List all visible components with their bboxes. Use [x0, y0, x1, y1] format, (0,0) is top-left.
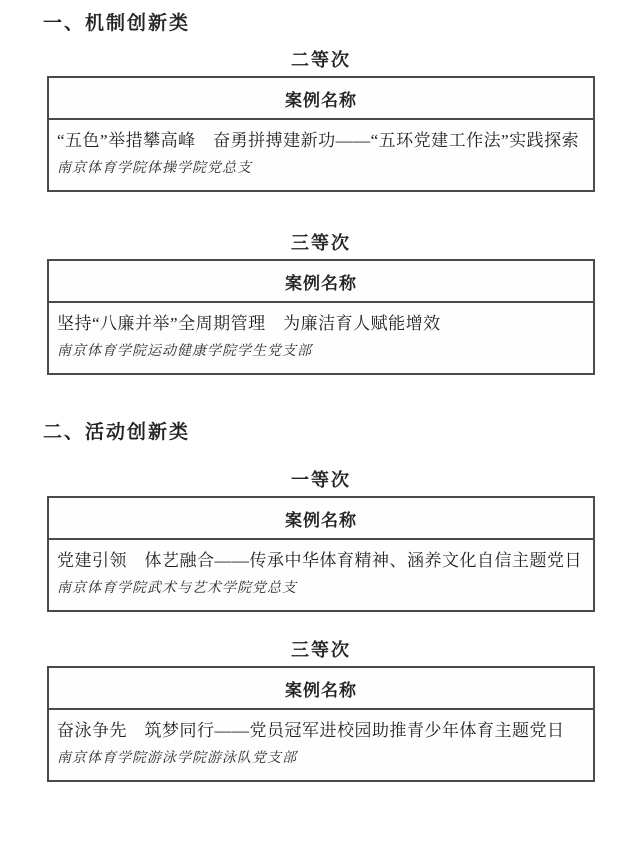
case-name: “五色”举措攀高峰 奋勇拼搏建新功——“五环党建工作法”实践探索 — [57, 129, 583, 152]
case-table: 案例名称 坚持“八廉并举”全周期管理 为廉洁育人赋能增效 南京体育学院运动健康学… — [47, 259, 595, 375]
table-row: “五色”举措攀高峰 奋勇拼搏建新功——“五环党建工作法”实践探索 南京体育学院体… — [49, 120, 593, 190]
case-table: 案例名称 奋泳争先 筑梦同行——党员冠军进校园助推青少年体育主题党日 南京体育学… — [47, 666, 595, 782]
tier-label-first-class: 一等次 — [47, 469, 595, 491]
document-page: 一、机制创新类 二等次 案例名称 “五色”举措攀高峰 奋勇拼搏建新功——“五环党… — [0, 0, 639, 850]
table-row: 党建引领 体艺融合——传承中华体育精神、涵养文化自信主题党日 南京体育学院武术与… — [49, 540, 593, 610]
section-heading-2: 二、活动创新类 — [43, 421, 639, 445]
tier-label-second-class: 二等次 — [47, 49, 595, 71]
organization-name: 南京体育学院武术与艺术学院党总支 — [57, 579, 583, 597]
case-table: 案例名称 党建引领 体艺融合——传承中华体育精神、涵养文化自信主题党日 南京体育… — [47, 496, 595, 612]
organization-name: 南京体育学院游泳学院游泳队党支部 — [57, 749, 583, 767]
tier-label-third-class: 三等次 — [47, 639, 595, 661]
table-row: 奋泳争先 筑梦同行——党员冠军进校园助推青少年体育主题党日 南京体育学院游泳学院… — [49, 710, 593, 780]
case-name: 奋泳争先 筑梦同行——党员冠军进校园助推青少年体育主题党日 — [57, 719, 583, 742]
tier-label-third-class: 三等次 — [47, 232, 595, 254]
table-row: 坚持“八廉并举”全周期管理 为廉洁育人赋能增效 南京体育学院运动健康学院学生党支… — [49, 303, 593, 373]
case-table-header: 案例名称 — [49, 261, 593, 303]
section-heading-1: 一、机制创新类 — [43, 12, 639, 36]
organization-name: 南京体育学院体操学院党总支 — [57, 159, 583, 177]
case-table-header: 案例名称 — [49, 78, 593, 120]
case-table-header: 案例名称 — [49, 668, 593, 710]
case-table: 案例名称 “五色”举措攀高峰 奋勇拼搏建新功——“五环党建工作法”实践探索 南京… — [47, 76, 595, 192]
case-name: 坚持“八廉并举”全周期管理 为廉洁育人赋能增效 — [57, 312, 583, 335]
case-name: 党建引领 体艺融合——传承中华体育精神、涵养文化自信主题党日 — [57, 549, 583, 572]
organization-name: 南京体育学院运动健康学院学生党支部 — [57, 342, 583, 360]
case-table-header: 案例名称 — [49, 498, 593, 540]
